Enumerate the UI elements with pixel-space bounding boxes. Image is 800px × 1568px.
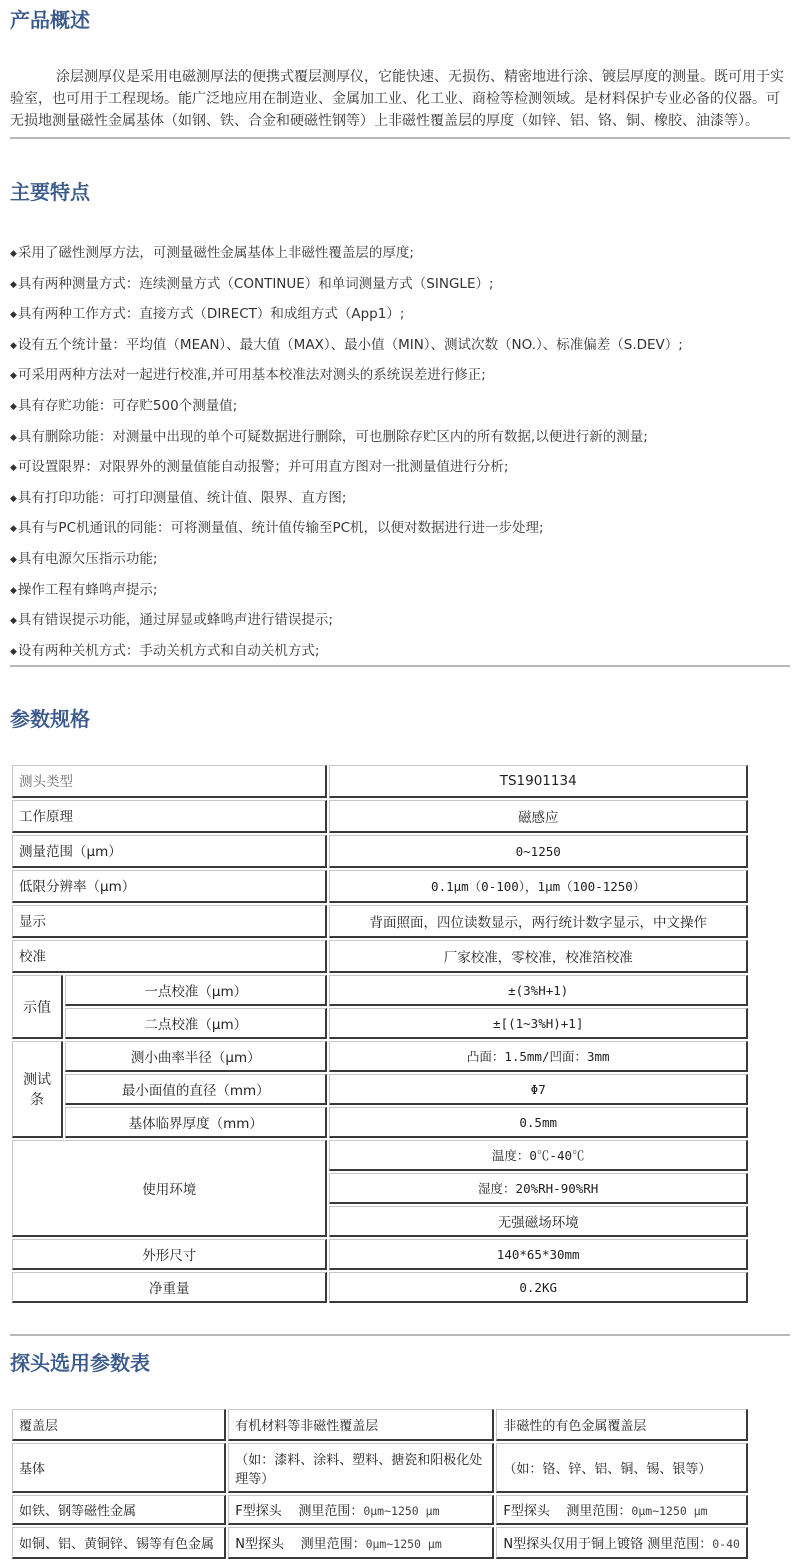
spec-value: ±[(1~3%H)+1] [329, 1008, 748, 1039]
diamond-bullet-icon: ◆ [10, 524, 17, 534]
spec-label: 测头类型 [12, 765, 327, 798]
table-cell: （如：漆料、涂料、塑料、搪瓷和阳极化处理等） [228, 1443, 494, 1493]
feature-item: ◆具有错误提示功能，通过屏显或蜂鸣声进行错误提示; [10, 605, 790, 636]
diamond-bullet-icon: ◆ [10, 341, 17, 351]
diamond-bullet-icon: ◆ [10, 249, 17, 259]
spec-value: 0.5mm [329, 1107, 748, 1138]
spec-value: 0~1250 [329, 835, 748, 868]
diamond-bullet-icon: ◆ [10, 463, 17, 473]
spec-label: 测小曲率半径（μm） [65, 1041, 327, 1072]
spec-group-label: 示值 [12, 975, 63, 1039]
table-row: 如铜、铝、黄铜锌、锡等有色金属 N型探头 测里范围：0μm~1250 μm N型… [12, 1527, 748, 1559]
diamond-bullet-icon: ◆ [10, 555, 17, 565]
spec-label: 一点校准（μm） [65, 975, 327, 1006]
table-row: 如铁、钢等磁性金属 F型探头 测里范围：0μm~1250 μm F型探头 测里范… [12, 1495, 748, 1525]
spec-label: 外形尺寸 [12, 1239, 327, 1270]
spec-value: 背面照面，四位读数显示，两行统计数字显示，中文操作 [329, 905, 748, 938]
table-cell: F型探头 测里范围：0μm~1250 μm [228, 1495, 494, 1525]
diamond-bullet-icon: ◆ [10, 494, 17, 504]
feature-item: ◆具有电源欠压指示功能; [10, 544, 790, 575]
spec-label: 低限分辨率（μm） [12, 870, 327, 903]
divider [10, 137, 790, 139]
table-row: 示值 一点校准（μm） ±(3%H+1) [12, 975, 748, 1006]
table-row: 显示 背面照面，四位读数显示，两行统计数字显示，中文操作 [12, 905, 748, 938]
spec-value: 0.2KG [329, 1272, 748, 1303]
features-title: 主要特点 [10, 176, 90, 205]
table-row: 低限分辨率（μm） 0.1μm（0-100），1μm（100-1250） [12, 870, 748, 903]
spec-label: 使用环境 [12, 1140, 327, 1237]
table-row: 外形尺寸 140*65*30mm [12, 1239, 748, 1270]
table-cell: N型探头 测里范围：0μm~1250 μm [228, 1527, 494, 1559]
specs-title: 参数规格 [10, 703, 90, 732]
diamond-bullet-icon: ◆ [10, 280, 17, 290]
table-cell: 基体 [12, 1443, 226, 1493]
table-cell: 如铜、铝、黄铜锌、锡等有色金属 [12, 1527, 226, 1559]
feature-item: ◆具有与PC机通讯的同能：可将测量值、统计值传输至PC机，以便对数据进行进一步处… [10, 513, 790, 544]
column-header: 有机材料等非磁性覆盖层 [228, 1409, 494, 1441]
spec-value: 0.1μm（0-100），1μm（100-1250） [329, 870, 748, 903]
spec-group-label: 测试条 [12, 1041, 63, 1138]
spec-value: 温度：0℃-40℃ [329, 1140, 748, 1171]
overview-text: 涂层测厚仪是采用电磁测厚法的便携式覆层测厚仪，它能快速、无损伤、精密地进行涂、镀… [10, 66, 790, 132]
diamond-bullet-icon: ◆ [10, 616, 17, 626]
feature-item: ◆可采用两种方法对一起进行校准,并可用基本校准法对测头的系统误差进行修正; [10, 360, 790, 391]
feature-item: ◆具有两种工作方式：直接方式（DIRECT）和成组方式（App1）; [10, 299, 790, 330]
table-row: 基体 （如：漆料、涂料、塑料、搪瓷和阳极化处理等） （如：铬、锌、铝、铜、锡、银… [12, 1443, 748, 1493]
spec-value: Φ7 [329, 1074, 748, 1105]
feature-item: ◆具有打印功能：可打印测量值、统计值、限界、直方图; [10, 483, 790, 514]
probe-table: 覆盖层 有机材料等非磁性覆盖层 非磁性的有色金属覆盖层 基体 （如：漆料、涂料、… [10, 1407, 750, 1561]
spec-value: 厂家校准，零校准，校准箔校准 [329, 940, 748, 973]
spec-label: 校准 [12, 940, 327, 973]
divider [10, 1334, 790, 1336]
feature-item: ◆具有两种测量方式：连续测量方式（CONTINUE）和单词测量方式（SINGLE… [10, 269, 790, 300]
spec-value: 磁感应 [329, 800, 748, 833]
probe-table-title: 探头选用参数表 [10, 1347, 150, 1376]
spec-value: 湿度：20%RH-90%RH [329, 1173, 748, 1204]
spec-value: 无强磁场环境 [329, 1206, 748, 1237]
spec-label: 工作原理 [12, 800, 327, 833]
feature-item: ◆设有五个统计量：平均值（MEAN）、最大值（MAX）、最小值（MIN）、测试次… [10, 330, 790, 361]
diamond-bullet-icon: ◆ [10, 371, 17, 381]
table-cell: 如铁、钢等磁性金属 [12, 1495, 226, 1525]
table-header-row: 覆盖层 有机材料等非磁性覆盖层 非磁性的有色金属覆盖层 [12, 1409, 748, 1441]
spec-value: 140*65*30mm [329, 1239, 748, 1270]
table-cell: （如：铬、锌、铝、铜、锡、银等） [496, 1443, 748, 1493]
spec-label: 测量范围（μm） [12, 835, 327, 868]
spec-value: TS1901134 [329, 765, 748, 798]
table-row: 工作原理 磁感应 [12, 800, 748, 833]
table-row: 测试条 测小曲率半径（μm） 凸面：1.5mm/凹面：3mm [12, 1041, 748, 1072]
table-row: 基体临界厚度（mm） 0.5mm [12, 1107, 748, 1138]
feature-item: ◆具有存贮功能：可存贮500个测量值; [10, 391, 790, 422]
table-row: 最小面值的直径（mm） Φ7 [12, 1074, 748, 1105]
spec-label: 二点校准（μm） [65, 1008, 327, 1039]
spec-label: 最小面值的直径（mm） [65, 1074, 327, 1105]
spec-label: 显示 [12, 905, 327, 938]
table-row: 校准 厂家校准，零校准，校准箔校准 [12, 940, 748, 973]
feature-item: ◆操作工程有蜂鸣声提示; [10, 575, 790, 606]
column-header: 覆盖层 [12, 1409, 226, 1441]
feature-item: ◆具有删除功能：对测量中出现的单个可疑数据进行删除，可也删除存贮区内的所有数据,… [10, 422, 790, 453]
spec-value: 凸面：1.5mm/凹面：3mm [329, 1041, 748, 1072]
diamond-bullet-icon: ◆ [10, 647, 17, 657]
table-row: 测头类型 TS1901134 [12, 765, 748, 798]
diamond-bullet-icon: ◆ [10, 402, 17, 412]
spec-table: 测头类型 TS1901134 工作原理 磁感应 测量范围（μm） 0~1250 … [10, 763, 750, 1305]
feature-item: ◆采用了磁性测厚方法，可测量磁性金属基体上非磁性覆盖层的厚度; [10, 238, 790, 269]
table-row: 净重量 0.2KG [12, 1272, 748, 1303]
spec-label: 净重量 [12, 1272, 327, 1303]
spec-label: 基体临界厚度（mm） [65, 1107, 327, 1138]
feature-item: ◆可设置限界：对限界外的测量值能自动报警；并可用直方图对一批测量值进行分析; [10, 452, 790, 483]
diamond-bullet-icon: ◆ [10, 310, 17, 320]
divider [10, 665, 790, 667]
diamond-bullet-icon: ◆ [10, 586, 17, 596]
column-header: 非磁性的有色金属覆盖层 [496, 1409, 748, 1441]
table-row: 使用环境 温度：0℃-40℃ [12, 1140, 748, 1171]
overview-title: 产品概述 [10, 4, 90, 33]
table-cell: N型探头仅用于铜上镀铬 测里范围：0-40 [496, 1527, 748, 1559]
table-row: 二点校准（μm） ±[(1~3%H)+1] [12, 1008, 748, 1039]
table-row: 测量范围（μm） 0~1250 [12, 835, 748, 868]
diamond-bullet-icon: ◆ [10, 433, 17, 443]
feature-item: ◆设有两种关机方式：手动关机方式和自动关机方式; [10, 636, 790, 667]
spec-value: ±(3%H+1) [329, 975, 748, 1006]
table-cell: F型探头 测里范围：0μm~1250 μm [496, 1495, 748, 1525]
features-list: ◆采用了磁性测厚方法，可测量磁性金属基体上非磁性覆盖层的厚度; ◆具有两种测量方… [10, 238, 790, 666]
